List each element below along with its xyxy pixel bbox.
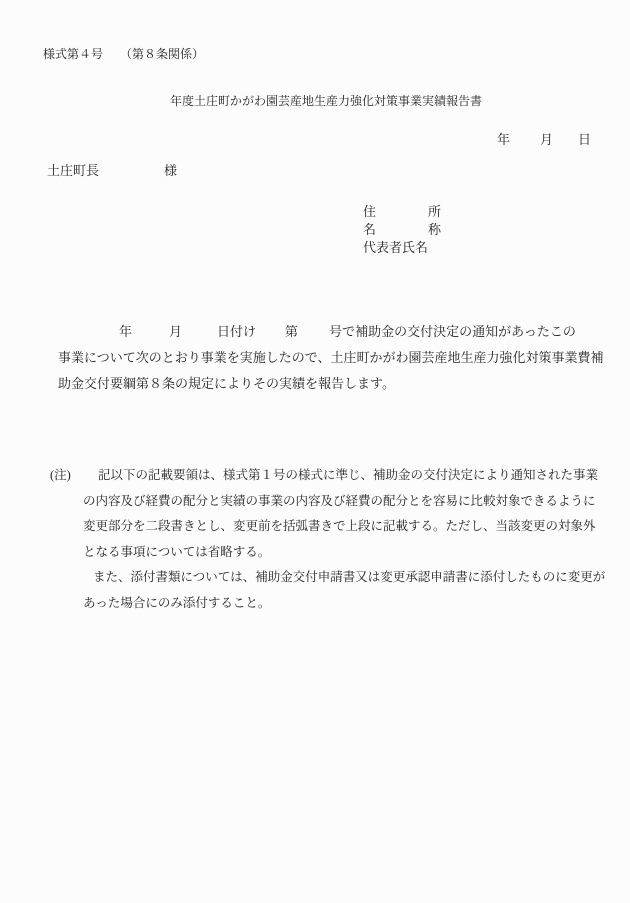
inline-gap <box>103 57 120 58</box>
date-day-blank <box>553 143 578 144</box>
date-month-label: 月 <box>540 132 553 147</box>
date-year-blank <box>510 143 540 144</box>
addressee-line: 土庄町長様 <box>47 163 177 179</box>
sender-representative-row: 代表者氏名 <box>363 240 441 258</box>
body-line-1: 年月日付け第号で補助金の交付決定の通知があったこの <box>58 324 576 340</box>
sender-block: 住所 名称 代表者氏名 <box>363 204 441 258</box>
article-reference-label: （第８条関係） <box>120 47 204 61</box>
body-line-2: 事業について次のとおり事業を実施したので、土庄町かがわ園芸産地生産力強化対策事業… <box>58 350 603 366</box>
sender-name-label-start: 名 <box>363 222 376 237</box>
sender-name-row: 名称 <box>363 222 441 240</box>
body-line-1-text: 号で補助金の交付決定の通知があったこの <box>329 324 576 339</box>
inline-gap <box>376 215 428 216</box>
body-line-3: 助金交付要綱第８条の規定によりその実績を報告します。 <box>58 376 395 392</box>
addressee-name-blank <box>99 174 164 175</box>
form-number-line: 様式第４号（第８条関係） <box>43 47 204 62</box>
sender-name-label-end: 称 <box>428 222 441 237</box>
date-line: 年月日 <box>497 132 591 148</box>
body-number-blank <box>298 335 329 336</box>
body-date-suffix: 日付け <box>217 324 256 339</box>
sender-address-label-start: 住 <box>363 204 376 219</box>
body-number-prefix: 第 <box>285 324 298 339</box>
form-number-label: 様式第４号 <box>43 47 103 61</box>
sender-representative-label: 代表者氏名 <box>363 240 428 255</box>
body-month-label: 月 <box>169 324 182 339</box>
document-page: 様式第４号（第８条関係） 年度土庄町かがわ園芸産地生産力強化対策事業実績報告書 … <box>0 0 630 903</box>
body-doc-number-blank <box>256 335 285 336</box>
note-line-3: 変更部分を二段書きとし、変更前を括弧書きで上段に記載する。ただし、当該変更の対象… <box>83 518 596 534</box>
body-day-blank <box>182 335 217 336</box>
body-year-blank <box>58 335 119 336</box>
note-line-6: あった場合にのみ添付すること。 <box>83 595 270 611</box>
addressee-name: 土庄町長 <box>47 163 99 178</box>
document-title: 年度土庄町かがわ園芸産地生産力強化対策事業実績報告書 <box>170 94 482 109</box>
inline-gap <box>376 233 428 234</box>
date-year-label: 年 <box>497 132 510 147</box>
note-line-1: 記以下の記載要領は、様式第１号の様式に準じ、補助金の交付決定により通知された事業 <box>98 467 598 483</box>
note-line-4: となる事項については省略する。 <box>83 544 270 560</box>
body-month-blank <box>132 335 169 336</box>
body-year-label: 年 <box>119 324 132 339</box>
note-line-5: また、添付書類については、補助金交付申請書又は変更承認申請書に添付したものに変更… <box>93 569 605 585</box>
addressee-honorific: 様 <box>164 163 177 178</box>
sender-address-row: 住所 <box>363 204 441 222</box>
note-marker: (注) <box>50 467 71 483</box>
sender-address-label-end: 所 <box>428 204 441 219</box>
note-line-2: の内容及び経費の配分と実績の事業の内容及び経費の配分とを容易に比較対象できるよう… <box>83 493 596 509</box>
date-day-label: 日 <box>578 132 591 147</box>
